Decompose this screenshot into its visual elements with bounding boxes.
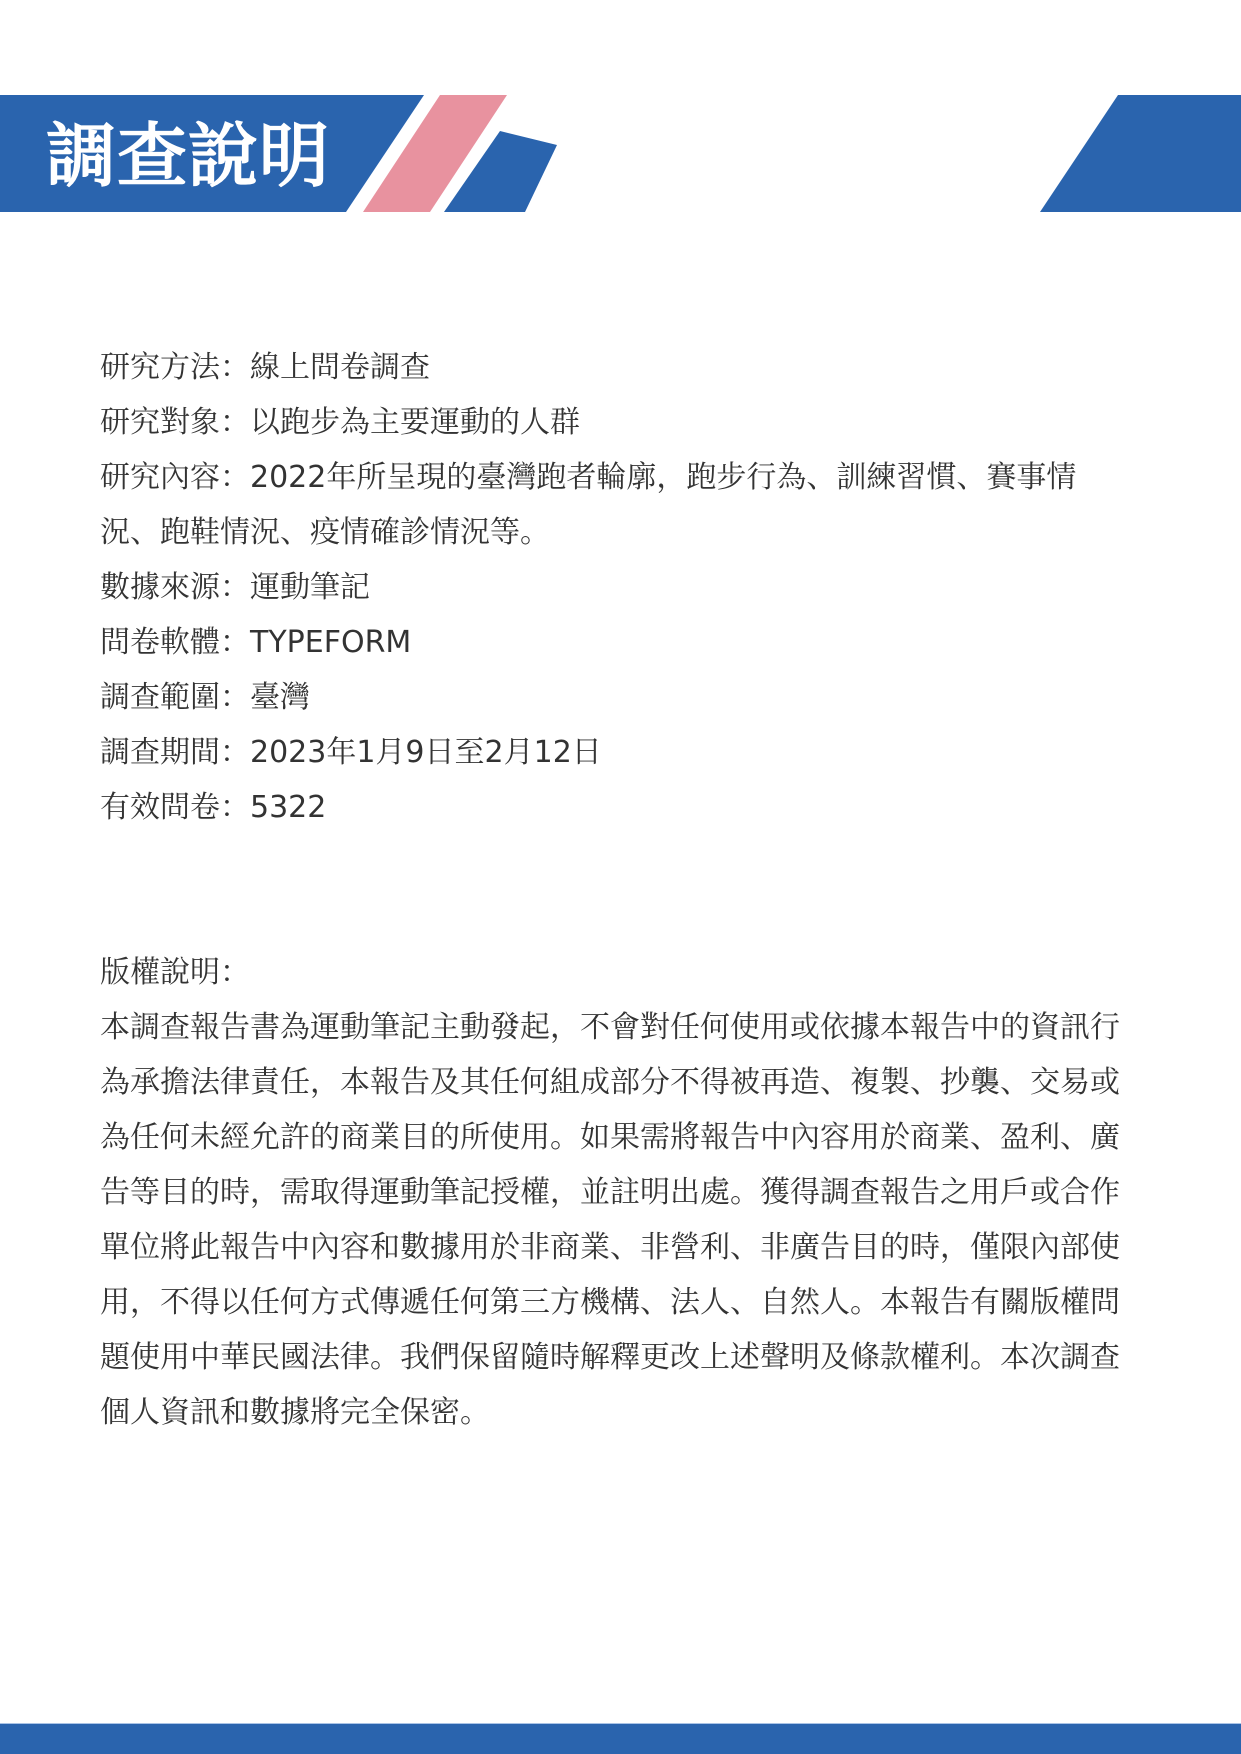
info-label: 調查範圍： (100, 680, 250, 715)
info-label: 研究內容： (100, 460, 250, 495)
info-label: 研究對象： (100, 405, 250, 440)
info-value: 以跑步為主要運動的人群 (250, 405, 580, 440)
info-value: 運動筆記 (250, 570, 370, 605)
survey-info-section: 研究方法：線上問卷調查 研究對象：以跑步為主要運動的人群 研究內容：2022年所… (100, 340, 1120, 835)
info-row-survey-software: 問卷軟體：TYPEFORM (100, 615, 1120, 670)
info-value: 線上問卷調查 (250, 350, 430, 385)
info-row-data-source: 數據來源：運動筆記 (100, 560, 1120, 615)
info-label: 有效問卷： (100, 790, 250, 825)
info-label: 數據來源： (100, 570, 250, 605)
copyright-section: 版權說明： 本調查報告書為運動筆記主動發起，不會對任何使用或依據本報告中的資訊行… (100, 945, 1120, 1440)
page-title: 調查說明 (46, 112, 330, 200)
info-label: 研究方法： (100, 350, 250, 385)
header-right-blue-shape (1040, 95, 1241, 212)
info-value: TYPEFORM (250, 625, 411, 660)
copyright-body: 本調查報告書為運動筆記主動發起，不會對任何使用或依據本報告中的資訊行為承擔法律責… (100, 1000, 1120, 1440)
info-label: 調查期間： (100, 735, 250, 770)
info-row-survey-scope: 調查範圍：臺灣 (100, 670, 1120, 725)
copyright-heading: 版權說明： (100, 945, 1120, 1000)
info-value: 臺灣 (250, 680, 310, 715)
info-value: 5322 (250, 790, 326, 825)
footer-bar (0, 1724, 1241, 1754)
info-row-research-subject: 研究對象：以跑步為主要運動的人群 (100, 395, 1120, 450)
info-row-research-method: 研究方法：線上問卷調查 (100, 340, 1120, 395)
info-row-survey-period: 調查期間：2023年1月9日至2月12日 (100, 725, 1120, 780)
info-label: 問卷軟體： (100, 625, 250, 660)
info-row-research-content: 研究內容：2022年所呈現的臺灣跑者輪廓，跑步行為、訓練習慣、賽事情況、跑鞋情況… (100, 450, 1120, 560)
info-row-valid-responses: 有效問卷：5322 (100, 780, 1120, 835)
info-value: 2023年1月9日至2月12日 (250, 735, 602, 770)
